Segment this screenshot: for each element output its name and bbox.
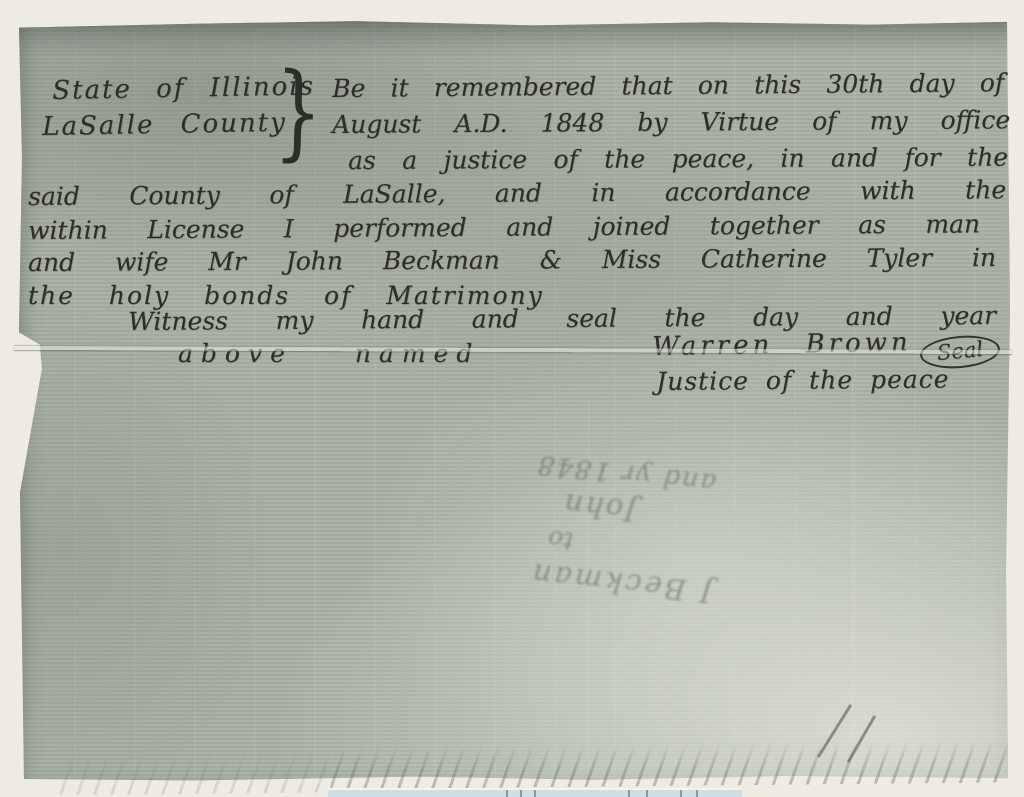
brace-glyph: } bbox=[273, 58, 323, 164]
line-opening: Be it remembered that on this 30th day o… bbox=[332, 68, 1004, 103]
bottom-hatch-marks bbox=[330, 740, 1008, 789]
vertical-crease bbox=[852, 380, 853, 770]
signature-warren-brown: Warren Brown bbox=[652, 327, 912, 362]
bottom-hatch-marks-faint bbox=[60, 751, 330, 796]
line-justice-of-peace: as a justice of the peace, in and for th… bbox=[348, 143, 1008, 175]
signer-title: Justice of the peace bbox=[656, 364, 950, 396]
line-county: LaSalle County bbox=[42, 108, 287, 142]
scanned-document: State of Illinois LaSalle County } Be it… bbox=[0, 0, 1024, 797]
line-date: August A.D. 1848 by Virtue of my office bbox=[332, 105, 1010, 139]
line-couple-names: and wife Mr John Beckman & Miss Catherin… bbox=[28, 243, 996, 277]
blue-paper-strip bbox=[328, 788, 742, 797]
line-above-named: above named bbox=[178, 339, 480, 368]
